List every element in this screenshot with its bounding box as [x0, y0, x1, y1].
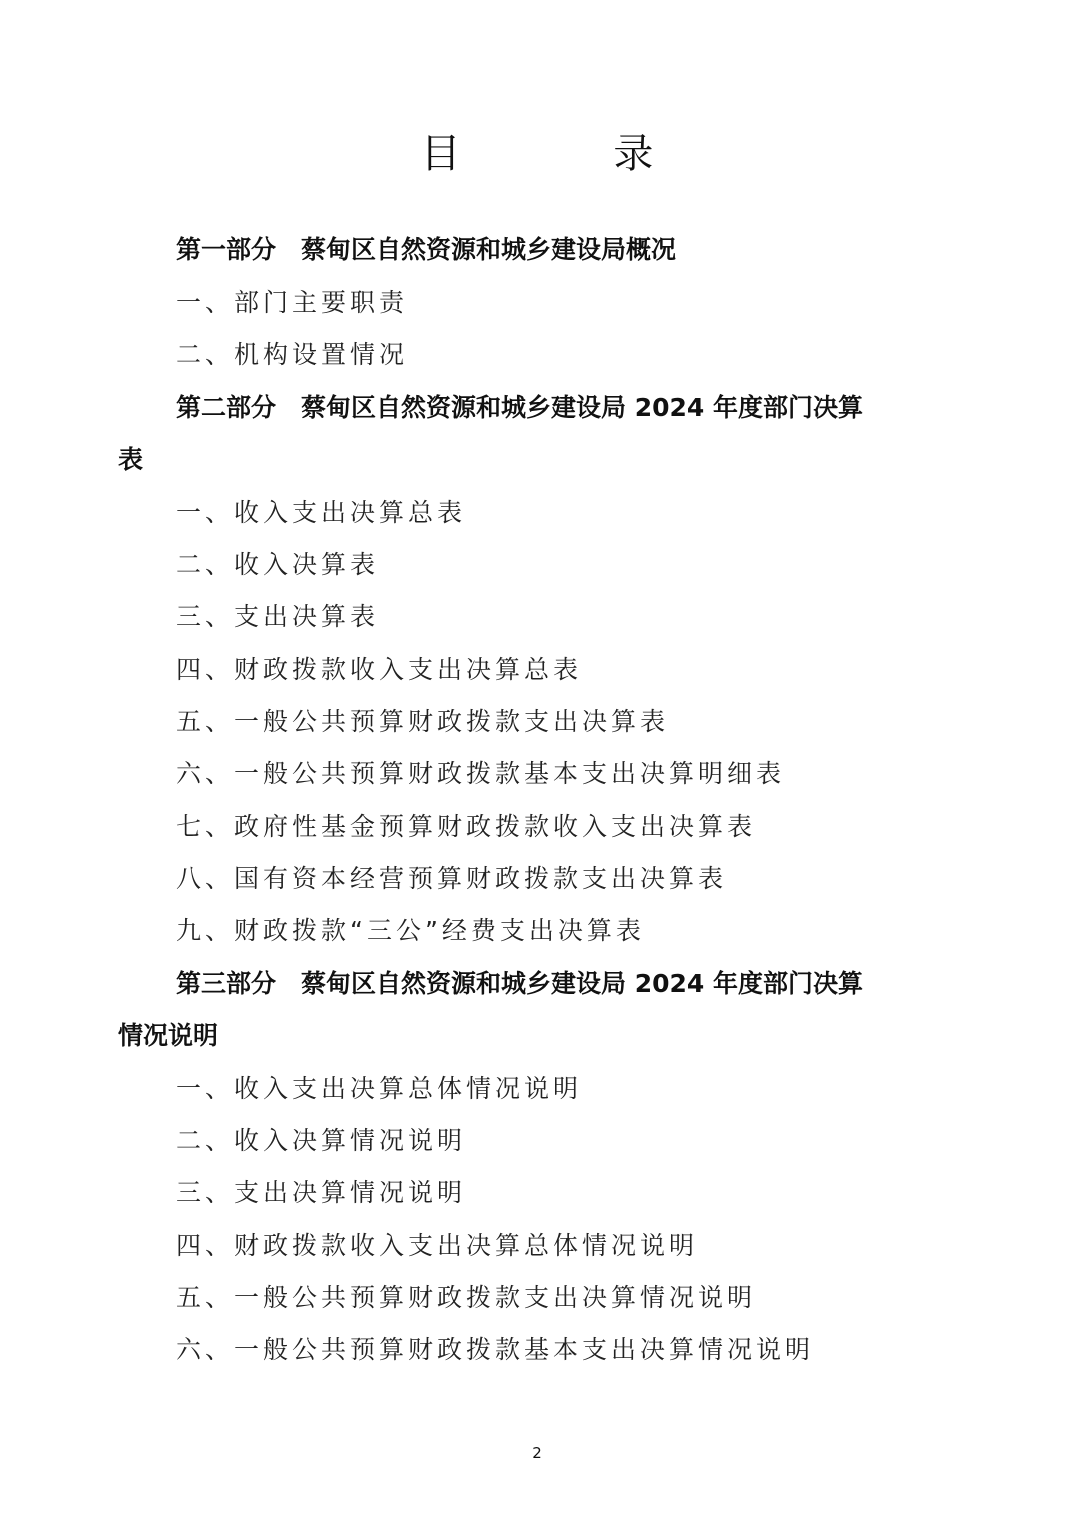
toc-part-1[interactable]: 第一部分 蔡甸区自然资源和城乡建设局概况 — [176, 230, 676, 266]
toc-part-2[interactable]: 第二部分 蔡甸区自然资源和城乡建设局 2024 年度部门决算 — [176, 388, 863, 424]
toc-item[interactable]: 五、一般公共预算财政拨款支出决算表 — [176, 702, 669, 738]
toc-item[interactable]: 六、一般公共预算财政拨款基本支出决算明细表 — [176, 754, 785, 790]
toc-item[interactable]: 一、部门主要职责 — [176, 283, 408, 319]
toc-item[interactable]: 六、一般公共预算财政拨款基本支出决算情况说明 — [176, 1330, 814, 1366]
page-number: 2 — [0, 1444, 1074, 1462]
toc-item[interactable]: 二、机构设置情况 — [176, 335, 408, 371]
toc-part-3-cont[interactable]: 情况说明 — [118, 1016, 218, 1052]
toc-item[interactable]: 七、政府性基金预算财政拨款收入支出决算表 — [176, 807, 756, 843]
toc-item[interactable]: 二、收入决算表 — [176, 545, 379, 581]
toc-item[interactable]: 九、财政拨款“三公”经费支出决算表 — [176, 911, 645, 947]
toc-item[interactable]: 一、收入支出决算总表 — [176, 493, 466, 529]
page-title: 目 录 — [0, 122, 1074, 179]
toc-item[interactable]: 八、国有资本经营预算财政拨款支出决算表 — [176, 859, 727, 895]
toc-part-3[interactable]: 第三部分 蔡甸区自然资源和城乡建设局 2024 年度部门决算 — [176, 964, 863, 1000]
toc-item[interactable]: 三、支出决算情况说明 — [176, 1173, 466, 1209]
toc-item[interactable]: 三、支出决算表 — [176, 597, 379, 633]
toc-item[interactable]: 二、收入决算情况说明 — [176, 1121, 466, 1157]
toc-item[interactable]: 五、一般公共预算财政拨款支出决算情况说明 — [176, 1278, 756, 1314]
toc-item[interactable]: 四、财政拨款收入支出决算总体情况说明 — [176, 1226, 698, 1262]
toc-part-2-cont[interactable]: 表 — [118, 440, 143, 476]
toc-item[interactable]: 一、收入支出决算总体情况说明 — [176, 1069, 582, 1105]
toc-item[interactable]: 四、财政拨款收入支出决算总表 — [176, 650, 582, 686]
